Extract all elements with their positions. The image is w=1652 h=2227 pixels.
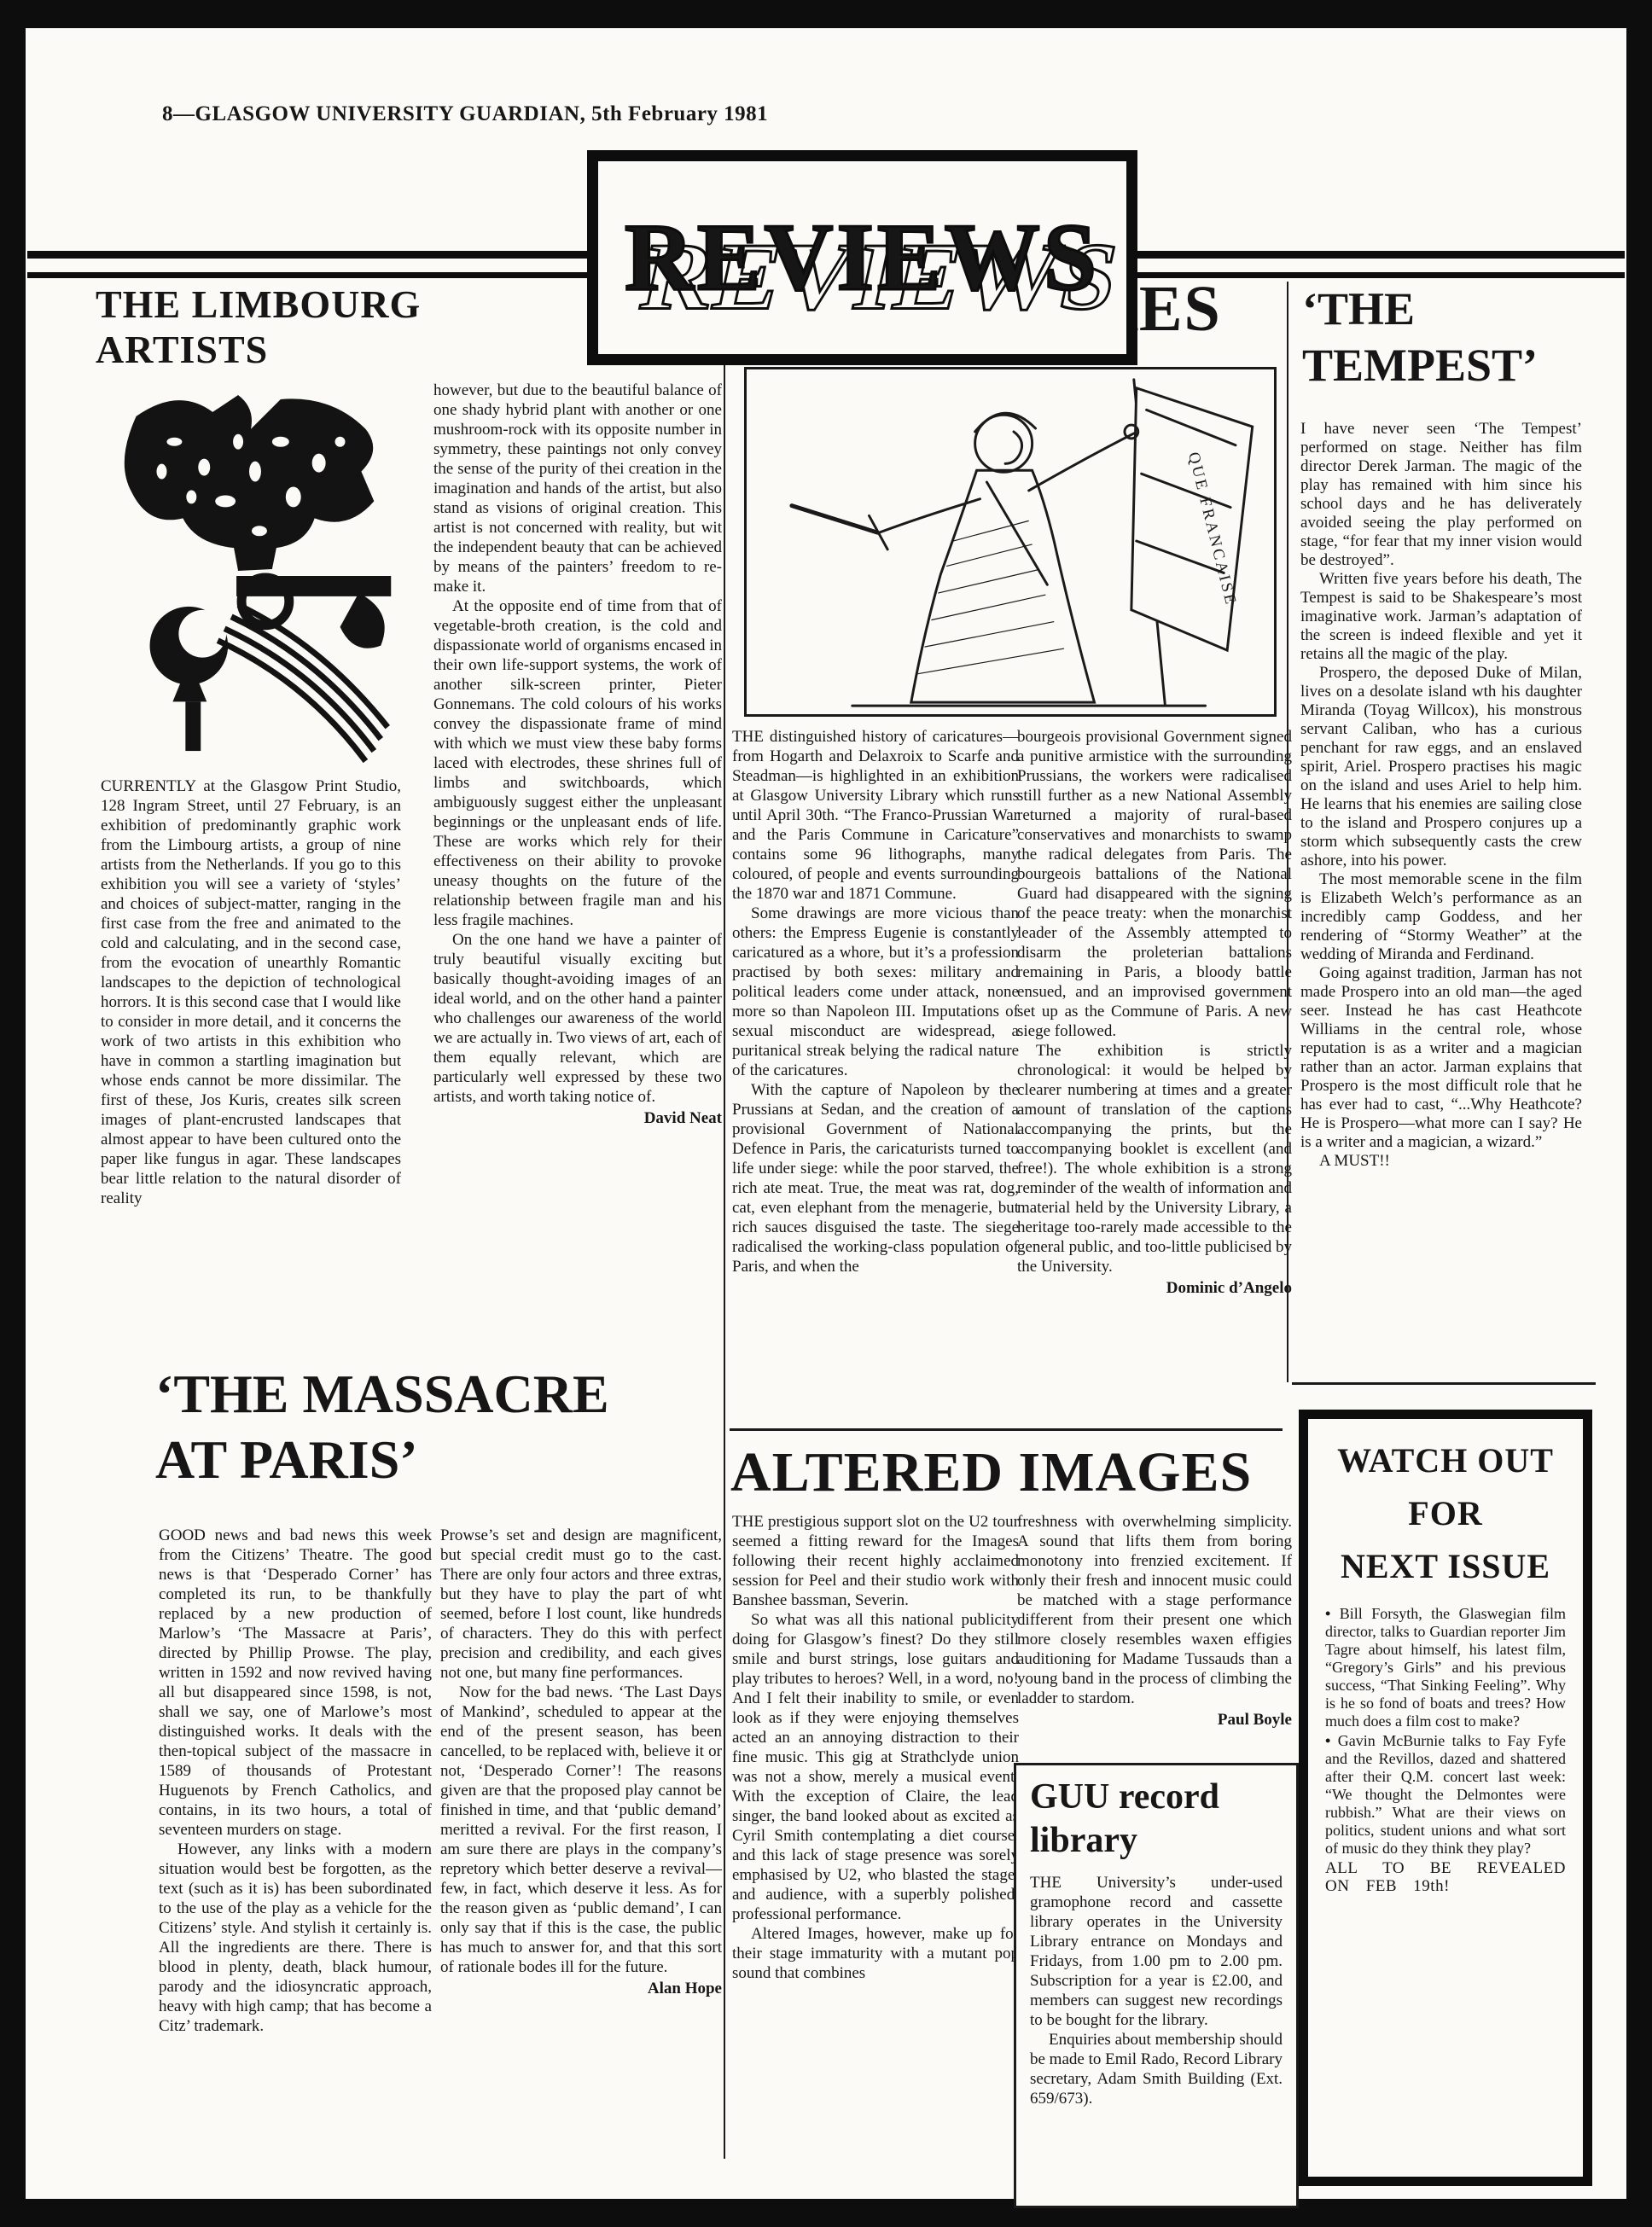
paragraph: Altered Images, however, make up for the… <box>732 1924 1019 1983</box>
reviews-banner-title: REVIEWS <box>625 210 1100 305</box>
caricature-illustration: QUE FRANCAISE <box>750 373 1271 711</box>
altered-top-rule <box>730 1428 1283 1431</box>
limbourg-artwork <box>101 391 401 765</box>
byline-alan-hope: Alan Hope <box>440 1979 722 1998</box>
paragraph: CURRENTLY at the Glasgow Print Studio, 1… <box>101 776 401 1208</box>
paragraph: freshness with overwhelming simplicity. … <box>1017 1512 1292 1708</box>
paragraph: Prospero, the deposed Duke of Milan, liv… <box>1300 664 1582 870</box>
paragraph: Written five years before his death, The… <box>1300 570 1582 664</box>
paragraph: The most memorable scene in the film is … <box>1300 870 1582 964</box>
paragraph: However, any links with a modern situati… <box>159 1840 432 2036</box>
caricatures-column-2: bourgeois provisional Government signed … <box>1017 727 1292 1298</box>
next-issue-closing: ALL TO BE REVEALED ON FEB 19th! <box>1325 1859 1566 1895</box>
masthead: 8—GLASGOW UNIVERSITY GUARDIAN, 5th Febru… <box>162 102 768 126</box>
next-issue-body: Bill Forsyth, the Glaswegian film direct… <box>1325 1605 1566 1895</box>
paragraph: THE University’s under-used gramophone r… <box>1030 1873 1283 2030</box>
paragraph: THE distinguished history of caricatures… <box>732 727 1019 904</box>
next-issue-headline: WATCH OUT FOR NEXT ISSUE <box>1325 1434 1566 1593</box>
altered-column-2: freshness with overwhelming simplicity. … <box>1017 1512 1292 1730</box>
tempest-column: I have never seen ‘The Tempest’ performe… <box>1300 420 1582 1171</box>
caricatures-column-1: THE distinguished history of caricatures… <box>732 727 1019 1276</box>
next-issue-box: WATCH OUT FOR NEXT ISSUE Bill Forsyth, t… <box>1299 1410 1592 2186</box>
paragraph: On the one hand we have a painter of tru… <box>433 930 722 1107</box>
paragraph: Prowse’s set and design are magnificent,… <box>440 1526 722 1683</box>
paragraph: GOOD news and bad news this week from th… <box>159 1526 432 1840</box>
paragraph: At the opposite end of time from that of… <box>433 596 722 930</box>
limbourg-column-1: CURRENTLY at the Glasgow Print Studio, 1… <box>101 391 401 1208</box>
guu-record-library-box: GUU record library THE University’s unde… <box>1014 1763 1299 2208</box>
limbourg-headline: THE LIMBOURG ARTISTS <box>96 282 421 373</box>
massacre-column-1: GOOD news and bad news this week from th… <box>159 1526 432 2036</box>
reviews-banner: REVIEWS REVIEWS <box>587 150 1137 365</box>
paragraph: THE prestigious support slot on the U2 t… <box>732 1512 1019 1610</box>
newspaper-page: 8—GLASGOW UNIVERSITY GUARDIAN, 5th Febru… <box>0 0 1652 2227</box>
next-issue-item: Gavin McBurnie talks to Fay Fyfe and the… <box>1325 1732 1566 1858</box>
paragraph: So what was all this national publicity … <box>732 1610 1019 1924</box>
paragraph: I have never seen ‘The Tempest’ performe… <box>1300 420 1582 570</box>
paragraph: Some drawings are more vicious than othe… <box>732 904 1019 1080</box>
paragraph: Enquiries about membership should be mad… <box>1030 2030 1283 2108</box>
caricature-illustration-frame: QUE FRANCAISE <box>744 367 1277 717</box>
altered-column-1: THE prestigious support slot on the U2 t… <box>732 1512 1019 1983</box>
next-issue-top-rule <box>1292 1382 1596 1385</box>
paragraph: bourgeois provisional Government signed … <box>1017 727 1292 1041</box>
byline-paul-boyle: Paul Boyle <box>1017 1710 1292 1730</box>
eagle-engraving-illustration <box>110 391 392 765</box>
limbourg-column-2: however, but due to the beautiful balanc… <box>433 381 722 1128</box>
paragraph: however, but due to the beautiful balanc… <box>433 381 722 596</box>
column-divider-left <box>724 282 725 2159</box>
limbourg-column-1-text: CURRENTLY at the Glasgow Print Studio, 1… <box>101 776 401 1208</box>
paragraph: Going against tradition, Jarman has not … <box>1300 964 1582 1152</box>
altered-images-headline: ALTERED IMAGES <box>730 1440 1252 1506</box>
paragraph: With the capture of Napoleon by the Prus… <box>732 1080 1019 1276</box>
next-issue-item: Bill Forsyth, the Glaswegian film direct… <box>1325 1605 1566 1730</box>
byline-dominic-dangelo: Dominic d’Angelo <box>1017 1278 1292 1298</box>
paragraph: The exhibition is strictly chronological… <box>1017 1041 1292 1276</box>
byline-david-neat: David Neat <box>433 1108 722 1128</box>
paragraph: A MUST!! <box>1300 1152 1582 1171</box>
guu-headline: GUU record library <box>1030 1776 1283 1863</box>
massacre-column-2: Prowse’s set and design are magnificent,… <box>440 1526 722 1998</box>
paragraph: Now for the bad news. ‘The Last Days of … <box>440 1683 722 1977</box>
tempest-headline: ‘THE TEMPEST’ <box>1302 282 1538 394</box>
massacre-headline: ‘THE MASSACRE AT PARIS’ <box>155 1362 609 1493</box>
guu-text: THE University’s under-used gramophone r… <box>1030 1873 1283 2108</box>
